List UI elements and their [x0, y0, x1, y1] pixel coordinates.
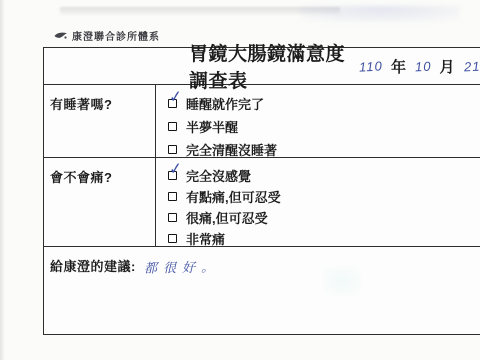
date-month-label: 月 — [440, 56, 455, 77]
option-row: ✓ 完全沒感覺 — [168, 165, 480, 186]
date-year-label: 年 — [391, 56, 406, 77]
option-label: 非常痛 — [186, 229, 225, 248]
checkbox-icon: ✓ — [168, 192, 177, 201]
option-label: 睡醒就作完了 — [186, 94, 264, 113]
clinic-logo-text: 康澄聯合診所體系 — [72, 28, 160, 43]
question-row-sleep: 有睡著嗎? ✓ 睡醒就作完了 ✓ 半夢半醒 ✓ 完全清醒沒睡著 — [44, 85, 480, 158]
check-mark-icon: ✓ — [168, 161, 183, 178]
survey-table: 胃鏡大腸鏡滿意度調查表 110 年 10 月 21 有睡著嗎? ✓ 睡醒就作完了… — [43, 47, 480, 335]
scan-artifact-left-edge — [0, 0, 5, 360]
scan-artifact-top-right — [300, 6, 460, 22]
option-label: 完全清醒沒睡著 — [186, 140, 277, 159]
suggestion-handwritten-answer: 都很好。 — [144, 256, 220, 276]
option-row: ✓ 非常痛 — [168, 228, 480, 249]
suggestion-label: 給康澄的建議: — [50, 256, 136, 275]
checkbox-icon: ✓ — [168, 213, 177, 222]
check-mark-icon: ✓ — [168, 89, 183, 106]
date-month-value: 10 — [415, 58, 432, 74]
question-label: 有睡著嗎? — [50, 97, 112, 112]
option-label: 半夢半醒 — [186, 117, 238, 136]
option-row: ✓ 有點痛,但可忍受 — [168, 186, 480, 207]
suggestion-row: 給康澄的建議: 都很好。 — [44, 247, 480, 336]
clinic-logo: 康澄聯合診所體系 — [54, 28, 160, 43]
question-label-cell: 有睡著嗎? — [44, 85, 156, 157]
question-row-pain: 會不會痛? ✓ 完全沒感覺 ✓ 有點痛,但可忍受 ✓ 很痛,但可忍受 ✓ 非常痛 — [44, 158, 480, 247]
scan-artifact-top-left — [60, 7, 340, 16]
option-label: 有點痛,但可忍受 — [186, 187, 281, 206]
question-label-cell: 會不會痛? — [44, 158, 156, 246]
checkbox-icon: ✓ — [168, 122, 177, 131]
date-day-value: 21 — [463, 58, 480, 74]
date-year-value: 110 — [359, 58, 383, 74]
option-label: 很痛,但可忍受 — [186, 208, 268, 227]
option-row: ✓ 很痛,但可忍受 — [168, 207, 480, 228]
option-row: ✓ 半夢半醒 — [168, 115, 480, 138]
checkbox-icon: ✓ — [168, 145, 177, 154]
options-cell: ✓ 睡醒就作完了 ✓ 半夢半醒 ✓ 完全清醒沒睡著 — [156, 85, 480, 157]
option-row: ✓ 睡醒就作完了 — [168, 92, 480, 115]
checkbox-icon: ✓ — [168, 171, 177, 180]
table-title-row: 胃鏡大腸鏡滿意度調查表 110 年 10 月 21 — [44, 48, 480, 85]
checkbox-icon: ✓ — [168, 99, 177, 108]
option-label: 完全沒感覺 — [186, 166, 251, 185]
checkbox-icon: ✓ — [168, 234, 177, 243]
options-cell: ✓ 完全沒感覺 ✓ 有點痛,但可忍受 ✓ 很痛,但可忍受 ✓ 非常痛 — [156, 158, 480, 246]
clinic-logo-icon — [54, 31, 68, 41]
question-label: 會不會痛? — [50, 170, 112, 185]
